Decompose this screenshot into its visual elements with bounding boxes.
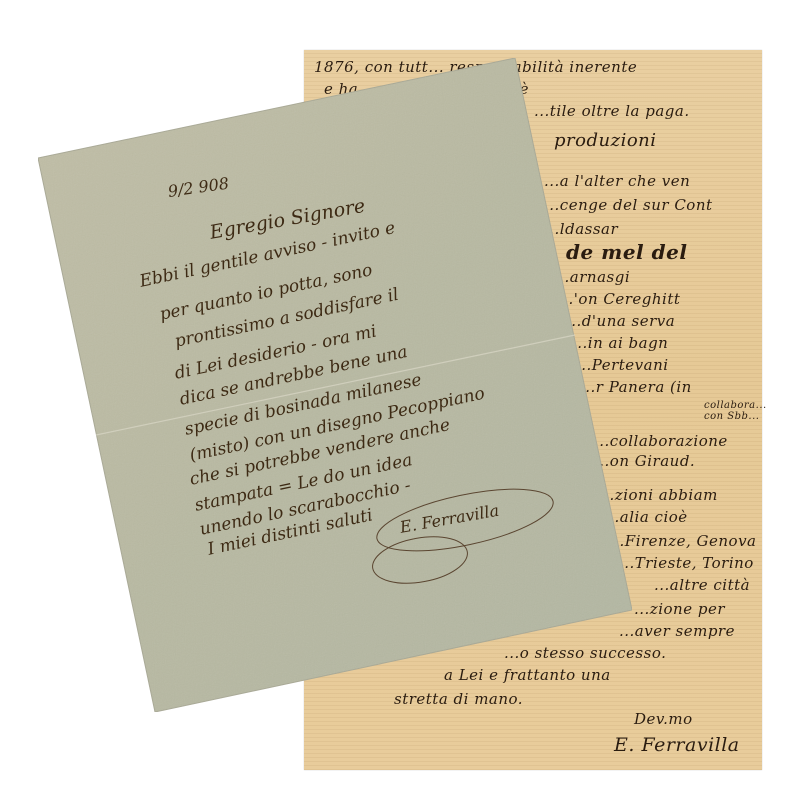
front-letter-text: 9/2 908 Egregio Signore Ebbi il gentile …: [0, 0, 806, 800]
letter-signature: E. Ferravilla: [398, 501, 500, 537]
document-photo: 1876, con tutt... responsabilità inerent…: [0, 0, 806, 800]
letter-date: 9/2 908: [167, 174, 230, 201]
